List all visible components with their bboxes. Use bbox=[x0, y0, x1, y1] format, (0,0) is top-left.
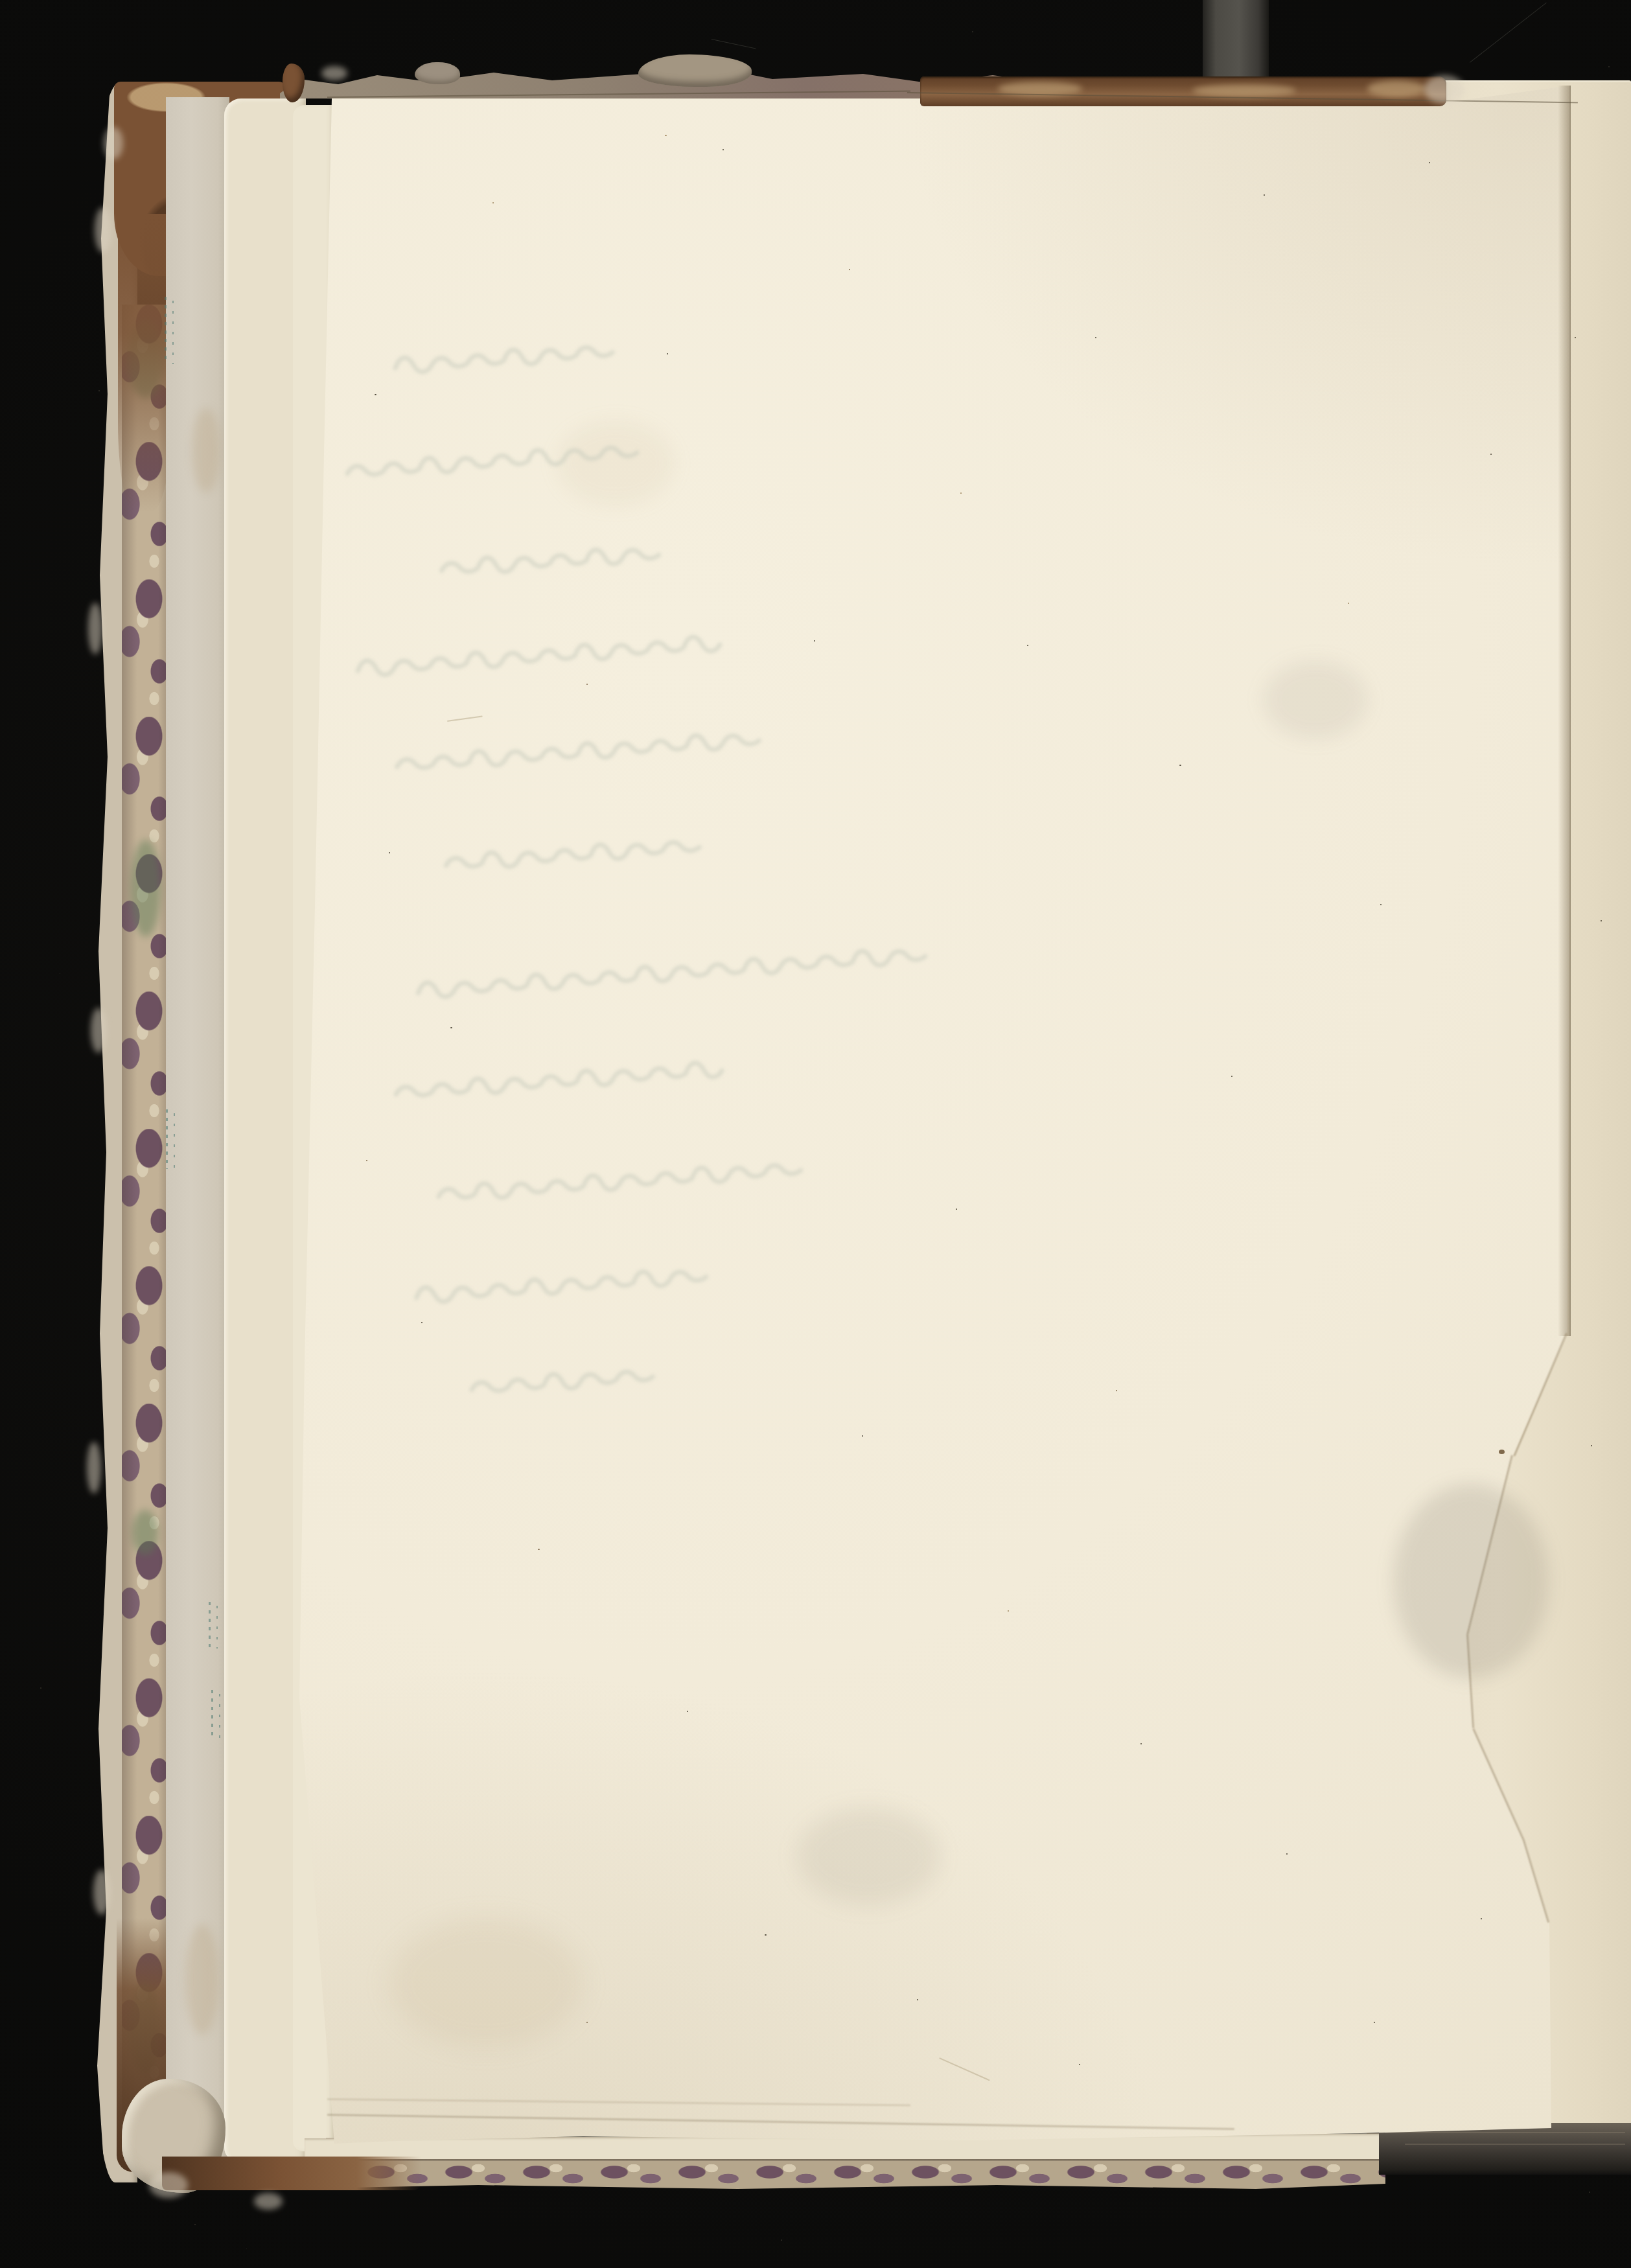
dust-particle bbox=[98, 390, 100, 391]
bleedthrough-line bbox=[395, 346, 613, 373]
fuzz-tuft bbox=[91, 1008, 106, 1053]
fuzz-tuft bbox=[321, 66, 347, 80]
dirt-speck bbox=[1286, 1853, 1288, 1855]
tuft-field bbox=[0, 0, 1, 1]
dirt-speck bbox=[450, 1027, 452, 1028]
dirt-speck bbox=[1027, 645, 1028, 646]
dirt-speck bbox=[1231, 1076, 1232, 1077]
blue-thread-marks bbox=[162, 297, 179, 364]
blue-thread-marks bbox=[206, 1602, 223, 1649]
dirt-speck bbox=[723, 149, 724, 150]
dirt-speck bbox=[1429, 162, 1430, 163]
gutter-fold-shadow bbox=[1558, 86, 1571, 1336]
dirt-speck bbox=[1179, 765, 1181, 766]
dust-particle bbox=[1589, 2192, 1590, 2193]
bleedthrough-line bbox=[416, 1269, 707, 1302]
dirt-speck bbox=[492, 202, 494, 203]
dirt-speck bbox=[538, 1549, 540, 1550]
fuzz-tuft bbox=[254, 2193, 283, 2210]
dirt-speck bbox=[1348, 603, 1349, 604]
bleedthrough-line bbox=[396, 733, 759, 769]
dirt-speck bbox=[862, 1435, 863, 1437]
fuzz-tuft bbox=[95, 207, 111, 253]
fuzz-tuft bbox=[93, 1869, 110, 1915]
bleedthrough-line bbox=[395, 1062, 723, 1096]
book-scan-photo bbox=[0, 0, 1631, 2268]
dust-particle bbox=[194, 2224, 196, 2225]
dirt-speck bbox=[1374, 2022, 1375, 2023]
bleedthrough-line bbox=[438, 1164, 802, 1200]
dirt-speck bbox=[586, 684, 588, 685]
bleedthrough-line bbox=[445, 841, 700, 869]
grey-smudge-stain bbox=[1393, 1484, 1549, 1678]
endpaper-stain bbox=[192, 408, 220, 492]
bleedthrough-line bbox=[347, 446, 638, 476]
dirt-speck bbox=[1499, 1450, 1505, 1454]
dirt-speck bbox=[1140, 1743, 1142, 1744]
blue-thread-marks bbox=[209, 1690, 226, 1738]
back-cover-leather-edge bbox=[920, 76, 1446, 106]
fuzz-tuft bbox=[87, 1442, 101, 1494]
dirt-speck bbox=[687, 1711, 688, 1712]
dirt-speck bbox=[586, 2022, 588, 2023]
paper-remnant-lump bbox=[638, 54, 752, 87]
blue-thread-marks bbox=[163, 1109, 180, 1169]
bleedthrough-line bbox=[417, 949, 926, 998]
marble-green-patch bbox=[131, 840, 161, 937]
dirt-speck bbox=[765, 1934, 767, 1936]
dirt-speck bbox=[1490, 454, 1492, 455]
bleedthrough-svg bbox=[329, 284, 1473, 1490]
dirt-speck bbox=[1380, 904, 1382, 905]
dirt-speck bbox=[421, 1322, 422, 1323]
dust-particle bbox=[781, 2239, 782, 2241]
dust-particle bbox=[40, 1687, 41, 1689]
dust-particle bbox=[246, 2249, 247, 2249]
dirt-speck bbox=[960, 492, 962, 494]
bleedthrough-writing bbox=[329, 284, 1473, 1490]
dirt-speck bbox=[1079, 2064, 1080, 2065]
dirt-speck bbox=[375, 394, 376, 395]
bottom-marbled-board-edge bbox=[284, 2159, 1385, 2189]
paper-remnant-lump bbox=[415, 62, 460, 84]
dirt-speck bbox=[1601, 920, 1602, 921]
bleedthrough-line bbox=[471, 1371, 653, 1392]
page-edge-line bbox=[1385, 2132, 1625, 2133]
grey-smudge-stain bbox=[797, 1808, 940, 1905]
bleedthrough-line bbox=[441, 548, 660, 574]
dust-particle bbox=[1608, 66, 1610, 67]
bleedthrough-line bbox=[357, 636, 721, 676]
leather-worn-highlight bbox=[1192, 84, 1296, 97]
dust-particle bbox=[454, 39, 454, 40]
dirt-speck bbox=[667, 353, 668, 354]
dust-particle bbox=[972, 31, 973, 32]
dirt-speck bbox=[956, 1209, 957, 1210]
dust-particle bbox=[60, 973, 60, 974]
dirt-speck bbox=[1481, 1918, 1482, 1919]
dirt-speck bbox=[1116, 1390, 1117, 1391]
dirt-speck bbox=[1095, 337, 1096, 338]
dirt-speck bbox=[917, 1999, 918, 2000]
page-edge-line bbox=[1405, 2144, 1625, 2145]
fuzz-tuft bbox=[104, 127, 123, 159]
dirt-speck bbox=[366, 1160, 367, 1161]
dirt-speck bbox=[1264, 194, 1265, 196]
fuzz-tuft bbox=[149, 2172, 188, 2198]
dirt-speck bbox=[1008, 1610, 1009, 1612]
bottom-leather-band bbox=[162, 2157, 421, 2190]
dirt-speck bbox=[1591, 1445, 1592, 1446]
scratch-mark bbox=[711, 39, 756, 49]
dirt-speck bbox=[665, 135, 667, 136]
fuzz-tuft bbox=[1424, 75, 1464, 104]
tan-blot-stain bbox=[389, 1918, 583, 2048]
dirt-speck bbox=[1575, 337, 1576, 338]
dirt-speck bbox=[389, 852, 390, 853]
marbled-cover-edge bbox=[122, 305, 172, 2119]
binding-strap bbox=[1203, 0, 1269, 86]
marble-green-patch bbox=[132, 1510, 158, 1555]
endpaper-stain bbox=[185, 1925, 219, 2035]
fuzz-tuft bbox=[88, 603, 102, 654]
leather-worn-highlight bbox=[1367, 80, 1426, 97]
dirt-speck bbox=[814, 640, 815, 642]
dirt-speck bbox=[849, 269, 850, 270]
scratch-mark bbox=[1470, 3, 1547, 63]
